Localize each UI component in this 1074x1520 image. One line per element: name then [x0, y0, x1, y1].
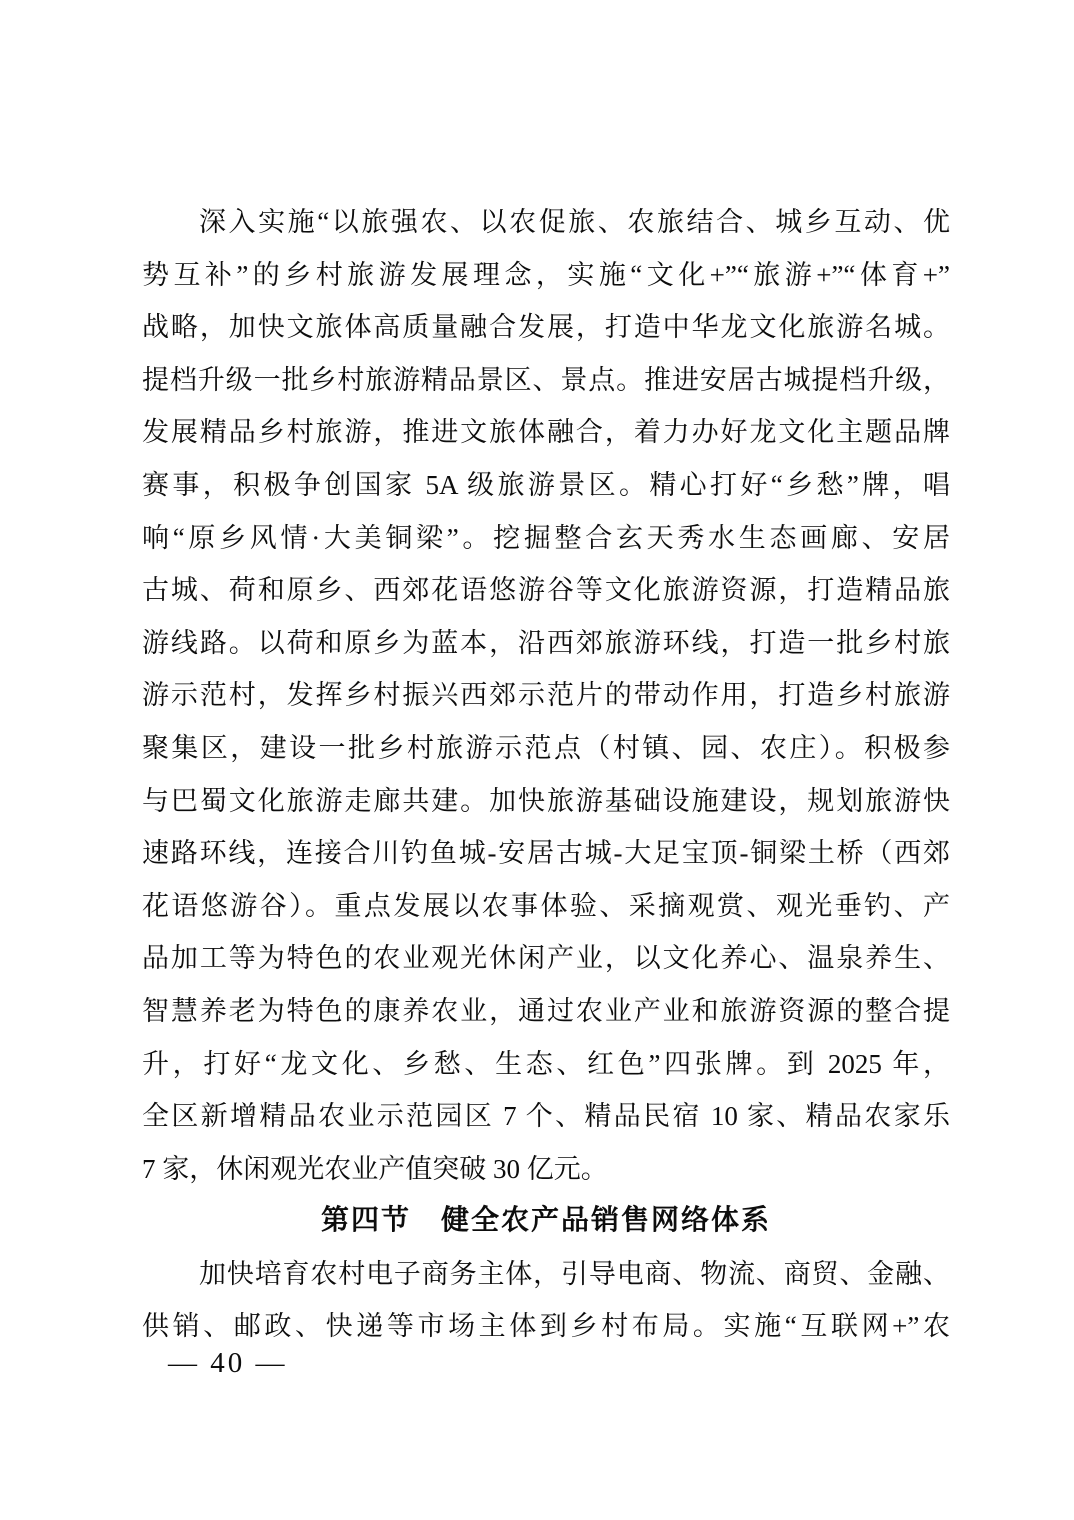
paragraph-line: 发展精品乡村旅游，推进文旅体融合，着力办好龙文化主题品牌: [142, 406, 950, 459]
paragraph-line: 游线路。以荷和原乡为蓝本，沿西郊旅游环线，打造一批乡村旅: [142, 617, 950, 670]
paragraph-line: 战略，加快文旅体高质量融合发展，打造中华龙文化旅游名城。: [142, 301, 950, 354]
section-heading: 第四节 健全农产品销售网络体系: [142, 1195, 950, 1248]
paragraph-line: 花语悠游谷）。重点发展以农事体验、采摘观赏、观光垂钓、产: [142, 880, 950, 933]
paragraph-line: 品加工等为特色的农业观光休闲产业，以文化养心、温泉养生、: [142, 932, 950, 985]
paragraph-line: 赛事，积极争创国家 5A 级旅游景区。精心打好“乡愁”牌，唱: [142, 459, 950, 512]
paragraph-line: 加快培育农村电子商务主体，引导电商、物流、商贸、金融、: [142, 1248, 950, 1301]
paragraph-line: 古城、荷和原乡、西郊花语悠游谷等文化旅游资源，打造精品旅: [142, 564, 950, 617]
paragraph-line: 与巴蜀文化旅游走廊共建。加快旅游基础设施建设，规划旅游快: [142, 775, 950, 828]
paragraph-line: 深入实施“以旅强农、以农促旅、农旅结合、城乡互动、优: [142, 196, 950, 249]
page-number-text: — 40 —: [168, 1347, 288, 1379]
paragraph-line: 7 家，休闲观光农业产值突破 30 亿元。: [142, 1143, 950, 1196]
paragraph-line: 势互补”的乡村旅游发展理念，实施“文化+”“旅游+”“体育+”: [142, 249, 950, 302]
paragraph-line: 智慧养老为特色的康养农业，通过农业产业和旅游资源的整合提: [142, 985, 950, 1038]
paragraph-line: 速路环线，连接合川钓鱼城-安居古城-大足宝顶-铜梁土桥（西郊: [142, 827, 950, 880]
page-number: — 40 —: [168, 1346, 288, 1380]
paragraph-line: 升，打好“龙文化、乡愁、生态、红色”四张牌。到 2025 年，: [142, 1038, 950, 1091]
paragraph-line: 提档升级一批乡村旅游精品景区、景点。推进安居古城提档升级，: [142, 354, 950, 407]
paragraph-line: 聚集区，建设一批乡村旅游示范点（村镇、园、农庄）。积极参: [142, 722, 950, 775]
paragraph-line: 响“原乡风情·大美铜梁”。挖掘整合玄天秀水生态画廊、安居: [142, 512, 950, 565]
body-text-column: 深入实施“以旅强农、以农促旅、农旅结合、城乡互动、优 势互补”的乡村旅游发展理念…: [142, 196, 950, 1353]
paragraph-line: 全区新增精品农业示范园区 7 个、精品民宿 10 家、精品农家乐: [142, 1090, 950, 1143]
paragraph-line: 游示范村，发挥乡村振兴西郊示范片的带动作用，打造乡村旅游: [142, 669, 950, 722]
